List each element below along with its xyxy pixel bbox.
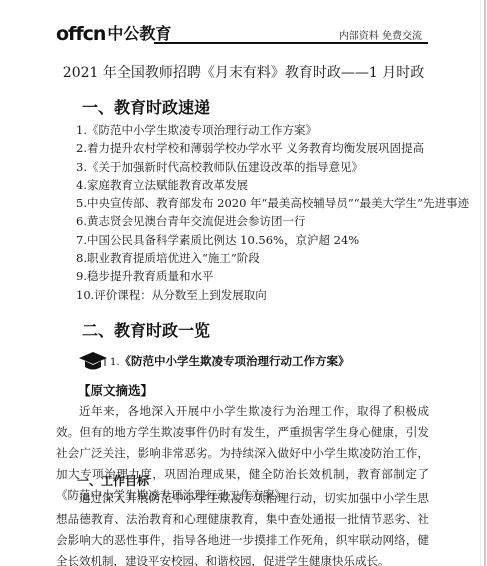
offcn-logo: offcn 中公教育 xyxy=(56,22,171,44)
list-item: 5.中央宣传部、教育部发布 2020 年“最美高校辅导员”“最美大学生”先进事迹 xyxy=(76,194,469,212)
list-item: 3.《关于加强新时代高校教师队伍建设改革的指导意见》 xyxy=(76,158,469,176)
subheading-title: 《防范中小学生欺凌专项治理行动工作方案》 xyxy=(120,354,350,368)
section-heading-news-brief: 一、教育时政速递 xyxy=(82,95,210,118)
logo-chinese: 中公教育 xyxy=(107,24,171,44)
goal-paragraph: 通过深入开展防范中小学生欺凌专项治理行动，切实加强中小学生思想品德教育、法治教育… xyxy=(56,488,429,566)
page-edge-border xyxy=(484,0,486,566)
logo-latin: offcn xyxy=(56,24,105,44)
subheading-number: 1. xyxy=(110,357,120,368)
document-title: 2021 年全国教师招聘《月末有料》教育时政——1 月时政 xyxy=(0,62,487,82)
list-item: 1.《防范中小学生欺凌专项治理行动工作方案》 xyxy=(76,121,469,139)
list-item: 9.稳步提升教育质量和水平 xyxy=(76,267,469,285)
header-note: 内部资料 免费交流 xyxy=(339,27,422,42)
header-rule xyxy=(154,42,428,44)
subheading-label: 1.《防范中小学生欺凌专项治理行动工作方案》 xyxy=(110,353,350,369)
list-item: 6.黄志贤会见澳台青年交流促进会参访团一行 xyxy=(76,212,469,230)
list-item: 10.评价课程：从分数至上到发展取向 xyxy=(76,286,469,304)
graduation-cap-icon xyxy=(78,350,108,372)
news-list: 1.《防范中小学生欺凌专项治理行动工作方案》 2.着力提升农村学校和薄弱学校办学… xyxy=(76,121,469,304)
list-item: 4.家庭教育立法赋能教育改革发展 xyxy=(76,176,469,194)
page-header: offcn 中公教育 内部资料 免费交流 xyxy=(56,22,428,44)
list-item: 7.中国公民具备科学素质比例达 10.56%，京沪超 24% xyxy=(76,231,469,249)
article-subheading: 1.《防范中小学生欺凌专项治理行动工作方案》 xyxy=(78,350,350,372)
section-heading-overview: 二、教育时政一览 xyxy=(82,318,210,341)
list-item: 8.职业教育提质培优进入“施工”阶段 xyxy=(76,249,469,267)
list-item: 2.着力提升农村学校和薄弱学校办学水平 义务教育均衡发展巩固提高 xyxy=(76,139,469,157)
excerpt-label: 【原文摘选】 xyxy=(78,381,153,399)
page-edge-shadow xyxy=(480,0,481,566)
goal-heading: 一、工作目标 xyxy=(77,472,149,489)
